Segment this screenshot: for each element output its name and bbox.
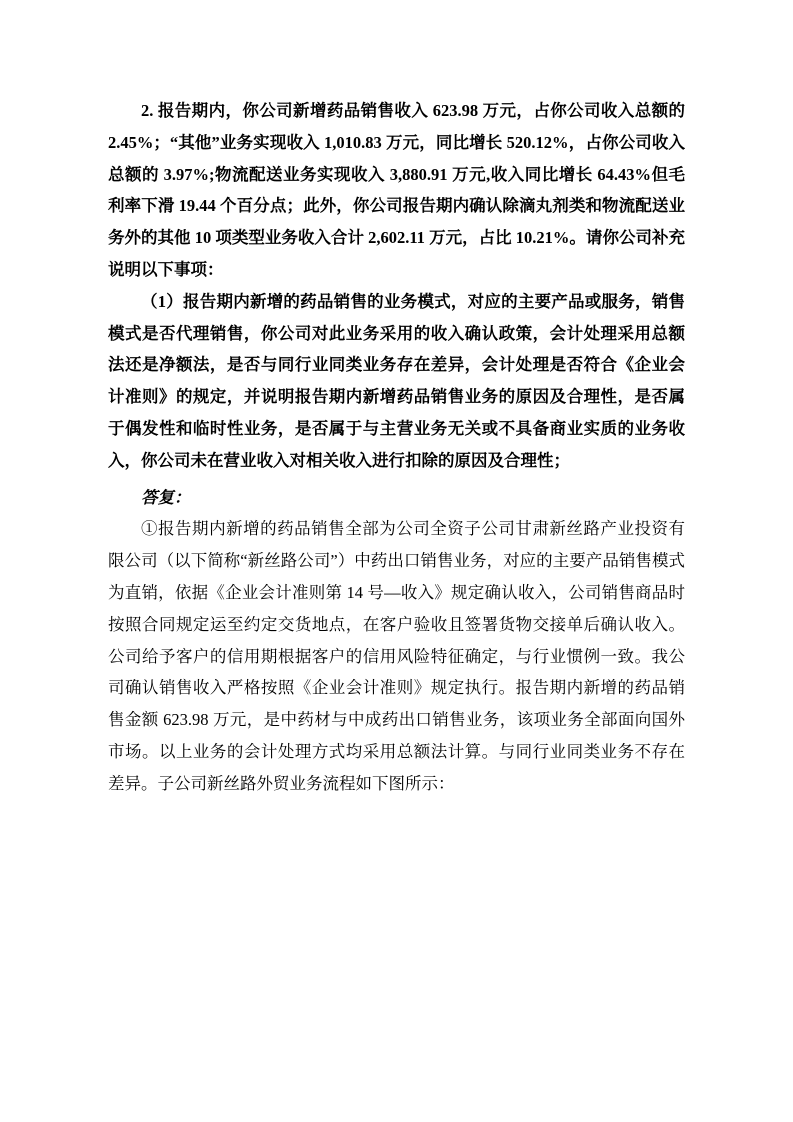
reply-heading: 答复： (108, 482, 685, 514)
answer-paragraph-1: ①报告期内新增的药品销售全部为公司全资子公司甘肃新丝路产业投资有限公司（以下简称… (108, 513, 685, 799)
question-subitem-1: （1）报告期内新增的药品销售的业务模式，对应的主要产品或服务，销售模式是否代理销… (108, 286, 685, 477)
document-page: 2. 报告期内，你公司新增药品销售收入 623.98 万元，占你公司收入总额的 … (0, 0, 793, 1122)
question-paragraph-2: 2. 报告期内，你公司新增药品销售收入 623.98 万元，占你公司收入总额的 … (108, 95, 685, 286)
document-content: 2. 报告期内，你公司新增药品销售收入 623.98 万元，占你公司收入总额的 … (108, 95, 685, 800)
